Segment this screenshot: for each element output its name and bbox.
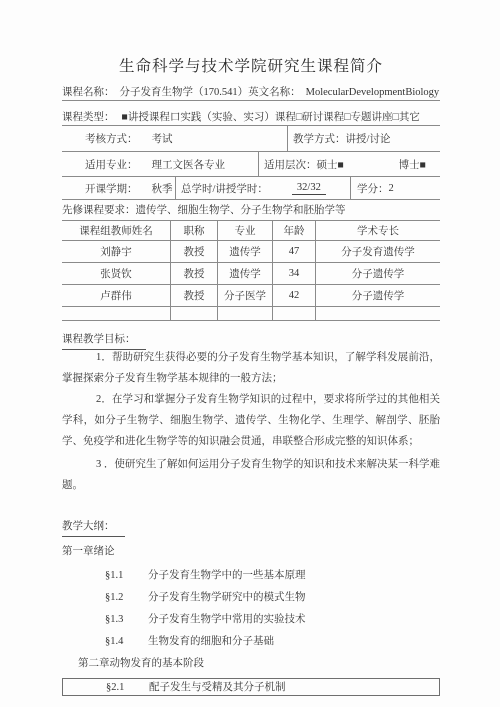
section-number: §1.1 [105, 565, 129, 587]
hours-value: 32/32 [292, 182, 326, 195]
section-title: 分子发育生物学研究中的模式生物 [148, 592, 306, 603]
semester-value: 秋季 [152, 181, 173, 196]
teacher-specialty: 分子发育遗传学 [315, 241, 440, 262]
teacher-title: 教授 [170, 285, 217, 306]
teacher-age: 42 [272, 285, 315, 306]
english-name-label: 英文名称： [248, 87, 301, 98]
chapter-1-title: 第一章绪论 [62, 544, 440, 559]
header-teacher-name: 课程组教师姓名 [62, 221, 170, 240]
header-age: 年龄 [272, 221, 315, 240]
teaching-method-cell: 教学方式：讲授/讨论 [287, 126, 440, 151]
section-line: §1.2分子发育生物学研究中的模式生物 [62, 587, 440, 609]
syllabus-heading: 教学大纲： [62, 520, 125, 537]
section-line: §1.4生物发育的细胞和分子基础 [62, 631, 440, 653]
applicable-major-value: 理工文医各专业 [152, 157, 226, 172]
header-specialty: 学术专长 [315, 221, 440, 240]
chapter-1-sections: §1.1分子发育生物学中的一些基本原理 §1.2分子发育生物学研究中的模式生物 … [62, 565, 440, 653]
level-master-checkbox: 适用层次：硕士■ [264, 157, 344, 172]
major-level-row: 适用专业： 理工文医各专业 适用层次：硕士■ 博士■ [62, 152, 440, 177]
teacher-name: 卢群伟 [62, 285, 170, 306]
section-title: 生物发育的细胞和分子基础 [148, 636, 274, 647]
course-type-label: 课程类型： [62, 112, 115, 123]
credit-cell: 学分：2 [350, 177, 440, 199]
teacher-row: 张贤钦 教授 遗传学 34 分子遗传学 [62, 263, 440, 285]
semester-cell: 开课学期： 秋季 [62, 177, 175, 199]
applicable-level-cell: 适用层次：硕士■ 博士■ [258, 152, 440, 176]
teacher-name [62, 307, 170, 320]
semester-hours-credit-row: 开课学期： 秋季 总学时/讲授学时： 32/32 学分：2 [62, 177, 440, 200]
teacher-specialty: 分子遗传学 [315, 285, 440, 306]
teacher-row-empty [62, 307, 440, 321]
teacher-row: 刘静宇 教授 遗传学 47 分子发育遗传学 [62, 241, 440, 263]
document-page: 生命科学与技术学院研究生课程简介 课程名称：分子发育生物学（170.541）英文… [0, 0, 500, 707]
chapter-2-title: 第二章动物发育的基本阶段 [62, 653, 440, 675]
teacher-name: 刘静宇 [62, 241, 170, 262]
section-line: §1.1分子发育生物学中的一些基本原理 [62, 565, 440, 587]
level-doctor-checkbox: 博士■ [399, 157, 426, 172]
english-name-value: MolecularDevelopmentBiology [306, 87, 440, 98]
course-type-checkboxes: ■讲授课程口实践（实验、实习）课程□研讨课程□专题讲座□其它 [122, 112, 420, 123]
teaching-method-label: 教学方式： [293, 131, 346, 146]
semester-label: 开课学期： [85, 181, 138, 196]
teacher-title [170, 307, 217, 320]
section-number: §1.3 [105, 609, 129, 631]
section-number: §1.4 [105, 631, 129, 653]
objectives-section: 课程教学目标： [62, 329, 440, 347]
teacher-name: 张贤钦 [62, 263, 170, 284]
exam-method-value: 考试 [152, 131, 173, 146]
section-title: 分子发育生物学中常用的实验技术 [148, 614, 306, 625]
teacher-table: 课程组教师姓名 职称 专业 年龄 学术专长 刘静宇 教授 遗传学 47 分子发育… [62, 220, 440, 321]
teacher-specialty: 分子遗传学 [315, 263, 440, 284]
teacher-row: 卢群伟 教授 分子医学 42 分子遗传学 [62, 285, 440, 307]
header-title: 职称 [170, 221, 217, 240]
syllabus-section: 教学大纲： [62, 516, 440, 534]
applicable-major-cell: 适用专业： 理工文医各专业 [62, 152, 258, 176]
exam-teach-row: 考核方式： 考试 教学方式：讲授/讨论 [62, 126, 440, 152]
objective-item-1: 1．帮助研究生获得必要的分子发育生物学基本知识，了解学科发展前沿，掌握探索分子发… [62, 347, 440, 389]
section-2-1-box: §2.1配子发生与受精及其分子机制 [62, 678, 440, 696]
objective-item-3: 3 ．使研究生了解如何运用分子发育生物学的知识和技术来解决某一科学难题。 [62, 454, 440, 496]
course-name-value: 分子发育生物学（170.541） [120, 87, 249, 98]
section-title: 配子发生与受精及其分子机制 [149, 682, 286, 693]
section-number: §1.2 [105, 587, 129, 609]
teacher-major [217, 307, 272, 320]
exam-method-label: 考核方式： [85, 131, 138, 146]
objective-item-2: 2．在学习和掌握分子发育生物学知识的过程中，要求将所学过的其他相关学科，如分子生… [62, 389, 440, 452]
hours-cell: 总学时/讲授学时： 32/32 [175, 177, 350, 199]
course-name-row: 课程名称：分子发育生物学（170.541）英文名称：MolecularDevel… [62, 85, 440, 101]
hours-label: 总学时/讲授学时： [181, 181, 268, 196]
teacher-specialty [315, 307, 440, 320]
section-title: 分子发育生物学中的一些基本原理 [148, 570, 306, 581]
credit-value: 2 [389, 183, 394, 194]
section-number: §2.1 [106, 679, 130, 696]
teacher-major: 遗传学 [217, 241, 272, 262]
teacher-age: 47 [272, 241, 315, 262]
credit-label: 学分： [357, 181, 389, 196]
header-major: 专业 [217, 221, 272, 240]
teaching-method-value: 讲授/讨论 [346, 131, 391, 146]
prerequisite-line: 先修课程要求：遗传学、细胞生物学、分子生物学和胚胎学等 [62, 203, 440, 218]
page-title: 生命科学与技术学院研究生课程简介 [62, 56, 440, 78]
exam-method-cell: 考核方式： 考试 [62, 126, 287, 151]
course-name-label: 课程名称： [62, 87, 115, 98]
teacher-major: 分子医学 [217, 285, 272, 306]
teacher-title: 教授 [170, 263, 217, 284]
teacher-major: 遗传学 [217, 263, 272, 284]
applicable-major-label: 适用专业： [85, 157, 138, 172]
section-line: §1.3分子发育生物学中常用的实验技术 [62, 609, 440, 631]
course-type-row: 课程类型：■讲授课程口实践（实验、实习）课程□研讨课程□专题讲座□其它 [62, 110, 440, 126]
teacher-title: 教授 [170, 241, 217, 262]
teacher-age [272, 307, 315, 320]
teacher-table-header: 课程组教师姓名 职称 专业 年龄 学术专长 [62, 221, 440, 241]
teacher-age: 34 [272, 263, 315, 284]
